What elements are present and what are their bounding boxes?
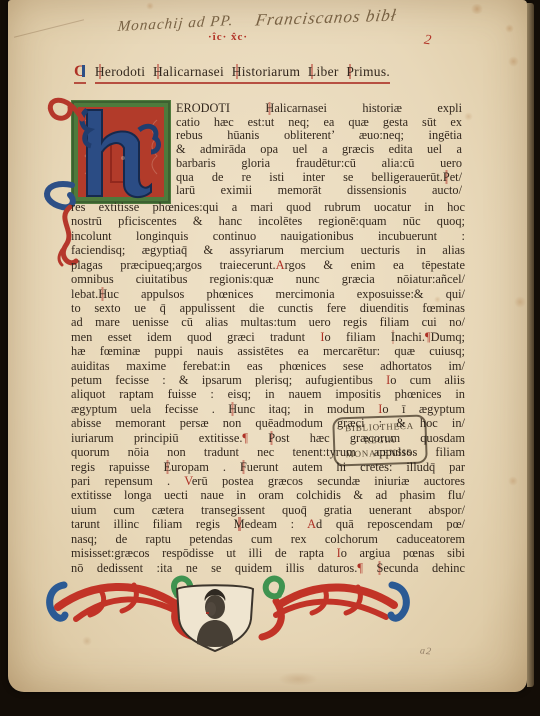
text-line: plagas præcipueq;argos traiecerunt.Argos… xyxy=(71,258,465,272)
text-line: ERODOTI Halicarnasei historiæ expli xyxy=(176,102,462,116)
text-segment: auiditas maxime ferebat:in eas phœnices … xyxy=(71,359,465,373)
text-segment: qua de re isti inter se belligerauerūt. xyxy=(176,170,443,184)
text-segment: et/ xyxy=(450,170,462,184)
text-segment: pari repensum . xyxy=(71,474,184,488)
text-line: catio hæc est:ut neq; ea quæ gesta sūt e… xyxy=(176,116,462,130)
text-segment: regis rapuisse xyxy=(71,460,164,474)
foliate-ornament-with-shield xyxy=(42,574,414,662)
capitulum-mark-icon: C xyxy=(74,64,86,84)
stain-spot xyxy=(508,476,518,486)
text-segment: o filiam xyxy=(325,330,391,344)
text-segment: Dumq; xyxy=(431,330,465,344)
text-segment: incolunt longinquis continuo nauigationi… xyxy=(71,229,465,243)
text-segment: erū postea græcos secundæ iniuriæ auctor… xyxy=(192,474,465,488)
text-segment: aliquot raptam fuisse : eisq; in nauem i… xyxy=(71,387,465,401)
text-segment: H xyxy=(153,64,163,79)
text-segment: ad mare uenisse cū alias multas:tum uero… xyxy=(71,315,465,329)
text-segment: res extitisse phœnices:qui a mari quod r… xyxy=(71,200,465,214)
text-segment: V xyxy=(184,474,192,488)
text-line: lebat.Huc appulsos phœnices mercimonia e… xyxy=(71,287,465,301)
text-segment: o argiua pœnas sibi xyxy=(341,546,465,560)
text-segment: extitisse longa uecti naue in oram colch… xyxy=(71,488,465,502)
text-segment: o cum aliis xyxy=(390,373,465,387)
text-segment: men esset idem quod græci tradunt xyxy=(71,330,320,344)
text-segment: M xyxy=(234,517,245,531)
text-line: hæ fœminæ puppi nauis assistētes ea merc… xyxy=(71,344,465,358)
page-crease xyxy=(14,19,84,37)
text-segment: P xyxy=(346,64,354,79)
text-segment: ERODOTI xyxy=(176,102,265,115)
text-segment: uropam . xyxy=(171,460,240,474)
text-segment: rebus hūanis obliterent’ æuo:neq; ingēti… xyxy=(176,128,462,142)
text-segment: faciendisq; ægyptiaq̄ & assyriarum merci… xyxy=(71,243,465,257)
text-line: nostrū pficiscentes & hanc incolētes reg… xyxy=(71,214,465,228)
stain-spot xyxy=(505,24,514,33)
text-line: aliquot raptam fuisse : eisq; in nauem i… xyxy=(71,387,465,401)
text-segment: to sexto ue q̄ appulissent die cunctis f… xyxy=(71,301,465,315)
text-segment: unc itaq; in modum xyxy=(237,402,378,416)
heading-text: Herodoti Halicarnasei Historiarum Liber … xyxy=(95,64,390,84)
text-segment: & admirāda opa uel a græcis edita uel a xyxy=(176,142,462,156)
text-line: qua de re isti inter se belligerauerūt.P… xyxy=(176,171,462,185)
text-line: uium cum cætera transegissent quoq̄ grat… xyxy=(71,503,465,517)
text-segment: ¶ xyxy=(357,561,376,575)
text-segment: H xyxy=(98,287,107,301)
body-text-block: res extitisse phœnices:qui a mari quod r… xyxy=(71,200,465,575)
stain-spot xyxy=(508,56,519,67)
text-segment: nostrū pficiscentes & hanc incolētes reg… xyxy=(71,214,465,228)
text-segment: rgos & enim ea tēpestate xyxy=(285,258,465,272)
text-segment: ægyptum uela fecisse . xyxy=(71,402,228,416)
stain-spot xyxy=(146,2,154,10)
text-segment: tarunt illinc filiam regis xyxy=(71,517,234,531)
text-segment: nachi. xyxy=(395,330,425,344)
text-segment: H xyxy=(232,64,242,79)
text-segment: iber xyxy=(316,64,346,79)
text-segment: E xyxy=(164,460,172,474)
text-segment: omnibus ciuitatibus regionis:quæ nunc gr… xyxy=(71,272,465,286)
chapter-heading: C Herodoti Halicarnasei Historiarum Libe… xyxy=(74,64,390,84)
text-line: rebus hūanis obliterent’ æuo:neq; ingēti… xyxy=(176,129,462,143)
text-segment: ¶ xyxy=(242,431,268,445)
text-line: faciendisq; ægyptiaq̄ & assyriarum merci… xyxy=(71,243,465,257)
folio-number: 2 xyxy=(423,33,432,50)
text-line: nasq; de raptu petendas cum rex colchoru… xyxy=(71,532,465,546)
text-segment: alicarnasei xyxy=(163,64,232,79)
text-segment: larū eximii memorāt dissensionis aucto/ xyxy=(176,183,462,197)
text-segment: H xyxy=(265,102,274,115)
text-segment: ecunda dehinc xyxy=(383,561,465,575)
stain-spot xyxy=(514,296,526,308)
text-segment: istoriarum xyxy=(242,64,308,79)
text-segment: o ī ægyptum xyxy=(382,402,465,416)
text-segment: plagas præcipueq;argos traiecerunt. xyxy=(71,258,276,272)
text-line: misisset:græcos respōdisse ut illi de ra… xyxy=(71,546,465,560)
text-segment: H xyxy=(228,402,237,416)
opening-text-block: ERODOTI Halicarnasei historiæ explicatio… xyxy=(176,102,462,198)
text-segment: misisset:græcos respōdisse ut illi de ra… xyxy=(71,546,337,560)
text-line: extitisse longa uecti naue in oram colch… xyxy=(71,488,465,502)
text-segment: nō dedissent :ita ne se quidem illis dat… xyxy=(71,561,357,575)
stain-spot xyxy=(278,672,318,686)
scanned-book-photo: { "artifact": { "kind": "incunabulum-pag… xyxy=(0,0,540,716)
text-segment: uc appulsos phœnices mercimonia exposuis… xyxy=(107,287,465,301)
text-line: ad mare uenisse cū alias multas:tum uero… xyxy=(71,315,465,329)
text-segment: catio hæc est:ut neq; ea quæ gesta sūt e… xyxy=(176,115,462,129)
book-fore-edge xyxy=(527,3,534,687)
text-line: to sexto ue q̄ appulissent die cunctis f… xyxy=(71,301,465,315)
handwritten-provenance-right: Franciscanos bibł xyxy=(254,6,398,31)
text-segment: alicarnasei historiæ expli xyxy=(274,102,462,115)
text-segment: barbaris gloria fraudētur:cū alia:cū uer… xyxy=(176,156,462,170)
text-line: incolunt longinquis continuo nauigationi… xyxy=(71,229,465,243)
text-segment: P xyxy=(443,170,450,184)
quire-signature: a2 xyxy=(419,645,432,657)
text-line: res extitisse phœnices:qui a mari quod r… xyxy=(71,200,465,214)
text-segment: erodoti xyxy=(105,64,153,79)
text-segment: A xyxy=(276,258,285,272)
text-segment: rimus. xyxy=(354,64,390,79)
text-line: barbaris gloria fraudētur:cū alia:cū uer… xyxy=(176,157,462,171)
text-line: auiditas maxime ferebat:in eas phœnices … xyxy=(71,359,465,373)
illuminated-initial-artwork xyxy=(71,100,171,204)
illuminated-initial-h xyxy=(71,100,171,204)
text-line: nō dedissent :ita ne se quidem illis dat… xyxy=(71,561,465,575)
text-segment: iuriarum principiū extitisse. xyxy=(71,431,242,445)
text-line: tarunt illinc filiam regis Medeam : Ad q… xyxy=(71,517,465,531)
text-segment: H xyxy=(95,64,105,79)
text-segment: nasq; de raptu petendas cum rex colchoru… xyxy=(71,532,465,546)
text-line: larū eximii memorāt dissensionis aucto/ xyxy=(176,184,462,198)
text-segment: hæ fœminæ puppi nauis assistētes ea merc… xyxy=(71,344,465,358)
text-segment: lebat. xyxy=(71,287,98,301)
christogram-annotation: ·îc· x̂c· xyxy=(208,31,248,43)
text-line: men esset idem quod græci tradunt Io fil… xyxy=(71,330,465,344)
text-line: & admirāda opa uel a græcis edita uel a xyxy=(176,143,462,157)
text-segment: edeam : xyxy=(245,517,307,531)
stain-spot xyxy=(464,112,473,121)
text-line: pari repensum . Verū postea græcos secun… xyxy=(71,474,465,488)
book-page: Monachij ad PP. ·îc· x̂c· Franciscanos b… xyxy=(8,0,527,692)
stain-spot xyxy=(470,4,484,14)
text-segment: petum fecisse : & ipsarum plerisq; aufug… xyxy=(71,373,386,387)
stamp-line: MONACENSIS. xyxy=(337,446,423,462)
text-segment: F xyxy=(240,460,247,474)
text-line: petum fecisse : & ipsarum plerisq; aufug… xyxy=(71,373,465,387)
text-line: omnibus ciuitatibus regionis:quæ nunc gr… xyxy=(71,272,465,286)
library-stamp: BIBLIOTHECA REGIA MONACENSIS. xyxy=(332,414,428,466)
text-segment: d quā reposcendam pœ/ xyxy=(316,517,465,531)
text-segment: A xyxy=(307,517,316,531)
text-segment: uium cum cætera transegissent quoq̄ grat… xyxy=(71,503,465,517)
